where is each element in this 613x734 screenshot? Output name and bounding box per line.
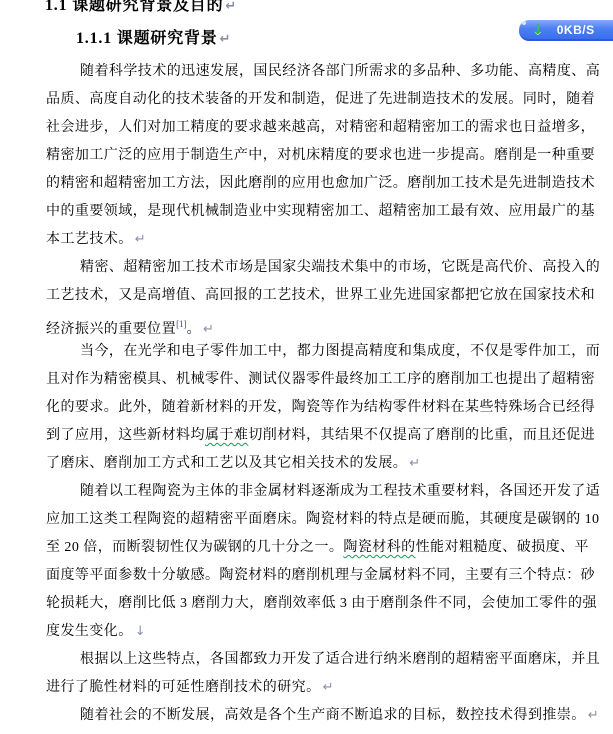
text-run: 性能对粗糙度、破损度、平 (416, 540, 589, 555)
text-line: 随着社会的不断发展，高效是各个生产商不断追求的目标，数控技术得到推崇。↵ (46, 702, 602, 730)
misspelled-text-run: 属于难 (205, 428, 248, 443)
download-speed-label: 0KB/S (557, 23, 595, 37)
text-line: 度发生变化。↓ (46, 618, 602, 646)
subsection-heading-text: 1.1.1 课题研究背景 (76, 30, 218, 47)
text-run: 应加工这类工程陶瓷的超精密平面磨床。陶瓷材料的特点是硬而脆，其硬度是碳钢的 10 (46, 512, 600, 527)
citation-ref: [1] (176, 319, 187, 329)
text-run: 面度等平面参数十分敏感。陶瓷材料的磨削机理与金属材料不同，主要有三个特点：砂 (46, 568, 595, 583)
text-line: 社会进步，人们对加工精度的要求越来越高，对精密和超精密加工的需求也日益增多， (46, 114, 602, 142)
text-line: 工艺技术，又是高增值、高回报的工艺技术，世界工业先进国家都把它放在国家技术和 (46, 282, 602, 310)
text-line: 品质、高度自动化的技术装备的开发和制造，促进了先进制造技术的发展。同时，随着 (46, 86, 602, 114)
text-run: 经济振兴的重要位置 (46, 322, 176, 337)
section-heading: 1.1 课题研究背景及目的↵ (45, 0, 237, 15)
text-run: 品质、高度自动化的技术装备的开发和制造，促进了先进制造技术的发展。同时，随着 (46, 92, 595, 107)
text-line: 精密加工广泛的应用于制造生产中，对机床精度的要求也进一步提高。磨削是一种重要 (46, 142, 602, 170)
text-run: 进行了脆性材料的可延性磨削技术的研究。 (46, 680, 321, 695)
paragraph-mark-icon: ↵ (220, 32, 232, 47)
text-run: 。 (187, 322, 201, 337)
paragraph-mark-icon: ↵ (203, 322, 214, 337)
text-run: 切削材料，其结果不仅提高了磨削的比重，而且还促进 (248, 428, 595, 443)
text-line: 应加工这类工程陶瓷的超精密平面磨床。陶瓷材料的特点是硬而脆，其硬度是碳钢的 10 (46, 506, 602, 534)
document-page: 1.1 课题研究背景及目的↵ 1.1.1 课题研究背景↵ 随着科学技术的迅速发展… (0, 0, 613, 734)
subsection-heading: 1.1.1 课题研究背景↵ (76, 25, 231, 48)
paragraph-mark-icon: ↵ (323, 680, 334, 695)
text-line: 经济振兴的重要位置[1]。↵ (46, 310, 602, 338)
text-run: 当今，在光学和电子零件加工中，都力图提高精度和集成度，不仅是零件加工，而 (80, 344, 600, 359)
text-line: 的精密和超精密加工方法，因此磨削的应用也愈加广泛。磨削加工技术是先进制造技术 (46, 170, 602, 198)
text-run: 至 20 倍，而断裂韧性仅为碳钢的几十分之一。 (46, 540, 343, 555)
misspelled-text-run: 陶瓷材科的 (343, 540, 415, 555)
download-arrow-icon: ↓ (532, 23, 544, 37)
text-run: 轮损耗大，磨削比低 3 磨削力大，磨削效率低 3 由于磨削条件不同，会使加工零件… (46, 596, 597, 611)
text-line: 至 20 倍，而断裂韧性仅为碳钢的几十分之一。陶瓷材科的性能对粗糙度、破损度、平 (46, 534, 602, 562)
text-line: 根据以上这些特点，各国都致力开发了适合进行纳米磨削的超精密平面磨床，并且 (46, 646, 602, 674)
text-line: 精密、超精密加工技术市场是国家尖端技术集中的市场，它既是高代价、高投入的 (46, 254, 602, 282)
document-text[interactable]: 随着科学技术的迅速发展，国民经济各部门所需求的多品种、多功能、高精度、高品质、高… (46, 58, 602, 730)
text-line: 当今，在光学和电子零件加工中，都力图提高精度和集成度，不仅是零件加工，而 (46, 338, 602, 366)
text-run: 本工艺技术。 (46, 232, 133, 247)
download-speed-badge[interactable]: ↓ 0KB/S (519, 20, 613, 41)
text-run: 中的重要领域，是现代机械制造业中实现精密加工、超精密加工最有效、应用最广的基 (46, 204, 595, 219)
text-run: 精密加工广泛的应用于制造生产中，对机床精度的要求也进一步提高。磨削是一种重要 (46, 148, 595, 163)
text-line: 随着以工程陶瓷为主体的非金属材料逐渐成为工程技术重要材料，各国还开发了适 (46, 478, 602, 506)
text-line: 了磨床、磨削加工方式和工艺以及其它相关技术的发展。↵ (46, 450, 602, 478)
text-line: 化的要求。此外，随着新材料的开发，陶瓷等作为结构零件材料在某些特殊场合已经得 (46, 394, 602, 422)
text-run: 的精密和超精密加工方法，因此磨削的应用也愈加广泛。磨削加工技术是先进制造技术 (46, 176, 595, 191)
text-line: 面度等平面参数十分敏感。陶瓷材料的磨削机理与金属材料不同，主要有三个特点：砂 (46, 562, 602, 590)
text-run: 度发生变化。 (46, 624, 133, 639)
text-run: 工艺技术，又是高增值、高回报的工艺技术，世界工业先进国家都把它放在国家技术和 (46, 288, 595, 303)
text-line: 到了应用，这些新材料均属于难切削材料，其结果不仅提高了磨削的比重，而且还促进 (46, 422, 602, 450)
text-run: 精密、超精密加工技术市场是国家尖端技术集中的市场，它既是高代价、高投入的 (80, 260, 600, 275)
text-run: 且对作为精密模具、机械零件、测试仪器零件最终加工工序的磨削加工也提出了超精密 (46, 372, 595, 387)
text-line: 进行了脆性材料的可延性磨削技术的研究。↵ (46, 674, 602, 702)
text-run: 随着以工程陶瓷为主体的非金属材料逐渐成为工程技术重要材料，各国还开发了适 (80, 484, 600, 499)
text-run: 化的要求。此外，随着新材料的开发，陶瓷等作为结构零件材料在某些特殊场合已经得 (46, 400, 595, 415)
paragraph-mark-icon: ↵ (409, 456, 420, 471)
badge-corner-dot (522, 21, 526, 25)
text-line: 随着科学技术的迅速发展，国民经济各部门所需求的多品种、多功能、高精度、高 (46, 58, 602, 86)
text-run: 社会进步，人们对加工精度的要求越来越高，对精密和超精密加工的需求也日益增多， (46, 120, 595, 135)
text-line: 本工艺技术。↵ (46, 226, 602, 254)
text-run: 了磨床、磨削加工方式和工艺以及其它相关技术的发展。 (46, 456, 407, 471)
paragraph-mark-icon: ↵ (225, 0, 237, 14)
paragraph-mark-icon: ↵ (135, 232, 146, 247)
section-heading-text: 1.1 课题研究背景及目的 (45, 0, 223, 14)
text-run: 根据以上这些特点，各国都致力开发了适合进行纳米磨削的超精密平面磨床，并且 (80, 652, 600, 667)
text-line: 轮损耗大，磨削比低 3 磨削力大，磨削效率低 3 由于磨削条件不同，会使加工零件… (46, 590, 602, 618)
text-line: 中的重要领域，是现代机械制造业中实现精密加工、超精密加工最有效、应用最广的基 (46, 198, 602, 226)
text-line: 且对作为精密模具、机械零件、测试仪器零件最终加工工序的磨削加工也提出了超精密 (46, 366, 602, 394)
text-run: 到了应用，这些新材料均 (46, 428, 205, 443)
paragraph-mark-icon: ↵ (588, 708, 599, 723)
text-run: 随着科学技术的迅速发展，国民经济各部门所需求的多品种、多功能、高精度、高 (80, 64, 600, 79)
text-run: 随着社会的不断发展，高效是各个生产商不断追求的目标，数控技术得到推崇。 (80, 708, 586, 723)
line-break-mark-icon: ↓ (135, 624, 146, 639)
